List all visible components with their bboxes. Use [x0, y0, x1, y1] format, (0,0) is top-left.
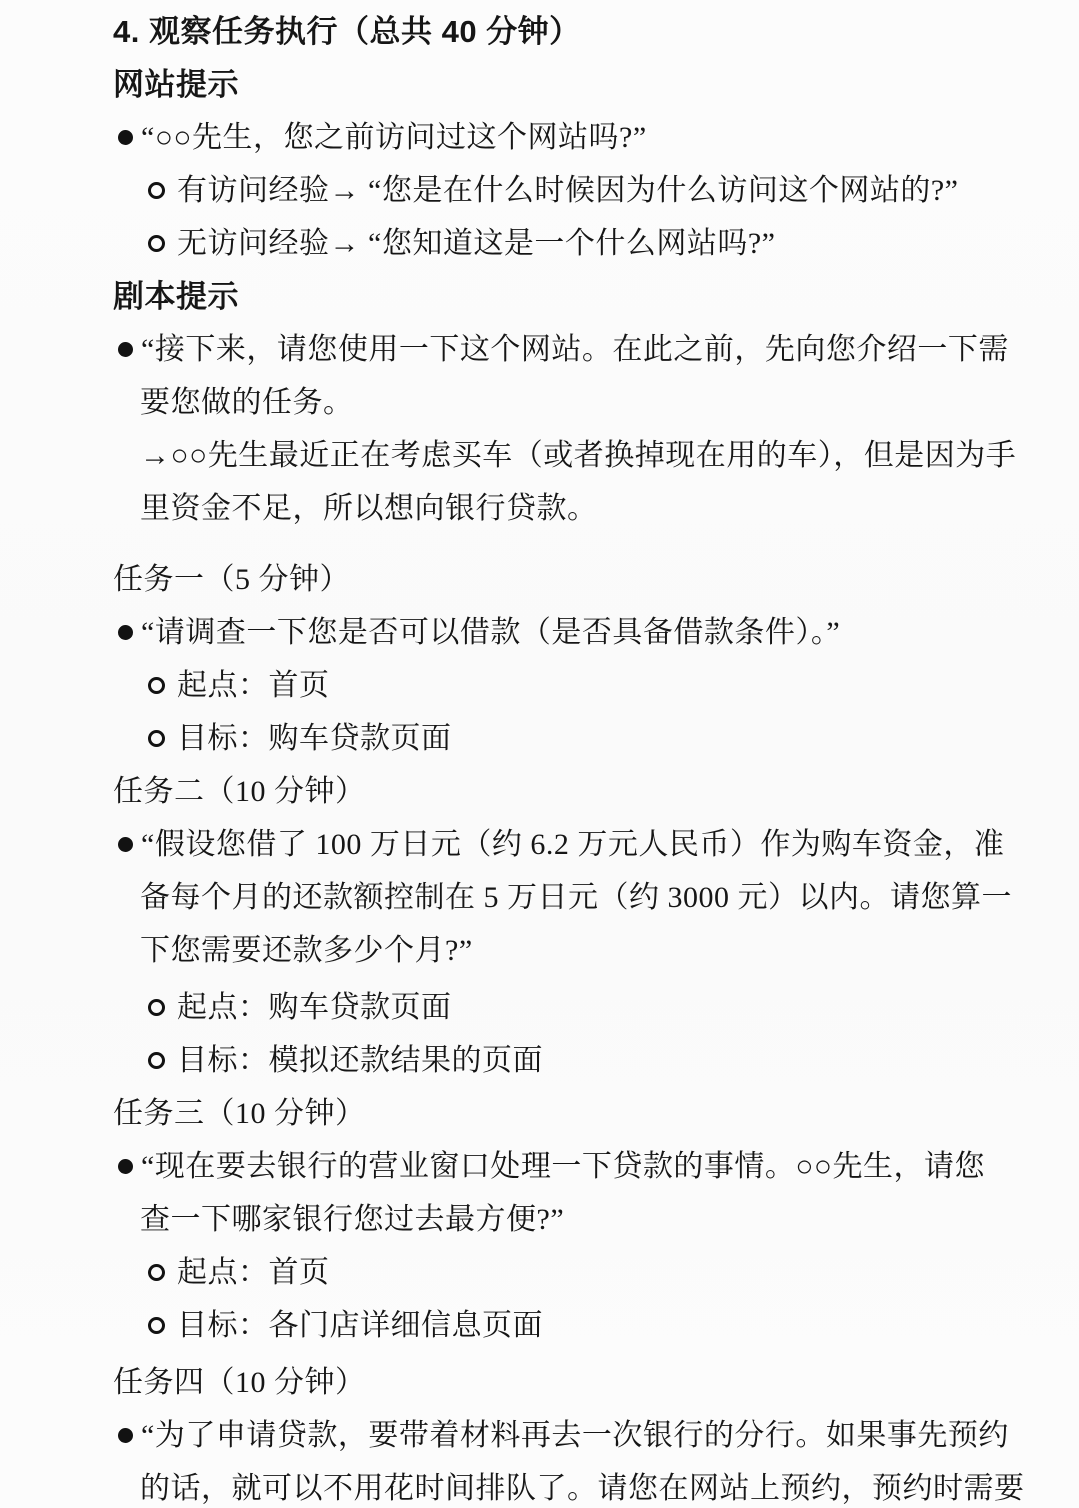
task1-heading: 任务一（5 分钟） [0, 553, 1079, 606]
bullet-icon [118, 130, 133, 145]
bullet-icon [118, 625, 133, 640]
bullet-text: “为了申请贷款，要带着材料再去一次银行的分行。如果事先预约 [141, 1419, 1009, 1452]
sub-bullet-icon [148, 730, 165, 747]
bullet-text: “接下来，请您使用一下这个网站。在此之前，先向您介绍一下需 [141, 333, 1009, 366]
bullet-icon [118, 1428, 133, 1443]
task3-heading: 任务三（10 分钟） [0, 1087, 1079, 1140]
website-prompt-branch-no: 无访问经验→ “您知道这是一个什么网站吗?” [0, 217, 1079, 270]
task2-heading: 任务二（10 分钟） [0, 765, 1079, 818]
website-prompt-branch-yes: 有访问经验→ “您是在什么时候因为什么访问这个网站的?” [0, 164, 1079, 217]
sub-bullet-icon [148, 999, 165, 1016]
bullet-text: “假设您借了 100 万日元（约 6.2 万元人民币）作为购车资金，准 [141, 828, 1004, 861]
task3-instruction-cont: 查一下哪家银行您过去最方便?” [0, 1193, 1079, 1246]
task3-instruction: “现在要去银行的营业窗口处理一下贷款的事情。○○先生，请您 [0, 1140, 1079, 1193]
website-prompt-question: “○○先生，您之前访问过这个网站吗?” [0, 111, 1079, 164]
script-prompt-heading: 剧本提示 [0, 270, 1079, 323]
sub-bullet-text: 起点：首页 [177, 1256, 330, 1289]
sub-bullet-text: 目标：模拟还款结果的页面 [177, 1044, 543, 1077]
script-prompt-scenario: →○○先生最近正在考虑买车（或者换掉现在用的车），但是因为手 [0, 429, 1079, 482]
task4-instruction-cont: 的话，就可以不用花时间排队了。请您在网站上预约，预约时需要 [0, 1462, 1079, 1508]
script-prompt-scenario-cont: 里资金不足，所以想向银行贷款。 [0, 482, 1079, 535]
task1-goal: 目标：购车贷款页面 [0, 712, 1079, 765]
bullet-text: “○○先生，您之前访问过这个网站吗?” [141, 121, 647, 154]
section-title: 4. 观察任务执行（总共 40 分钟） [0, 5, 1079, 58]
bullet-icon [118, 342, 133, 357]
sub-bullet-text: 起点：购车贷款页面 [177, 991, 452, 1024]
task2-instruction-cont2: 下您需要还款多少个月?” [0, 924, 1079, 977]
sub-bullet-icon [148, 677, 165, 694]
task3-goal: 目标：各门店详细信息页面 [0, 1299, 1079, 1352]
task4-instruction: “为了申请贷款，要带着材料再去一次银行的分行。如果事先预约 [0, 1409, 1079, 1462]
bullet-icon [118, 837, 133, 852]
bullet-icon [118, 1159, 133, 1174]
script-prompt-intro: “接下来，请您使用一下这个网站。在此之前，先向您介绍一下需 [0, 323, 1079, 376]
task2-goal: 目标：模拟还款结果的页面 [0, 1034, 1079, 1087]
task2-instruction-cont1: 备每个月的还款额控制在 5 万日元（约 3000 元）以内。请您算一 [0, 871, 1079, 924]
sub-bullet-text: 目标：购车贷款页面 [177, 722, 452, 755]
sub-bullet-text: 起点：首页 [177, 669, 330, 702]
task3-start: 起点：首页 [0, 1246, 1079, 1299]
website-prompt-heading: 网站提示 [0, 58, 1079, 111]
bullet-text: “现在要去银行的营业窗口处理一下贷款的事情。○○先生，请您 [141, 1150, 985, 1183]
sub-bullet-text: 目标：各门店详细信息页面 [177, 1309, 543, 1342]
scanned-document-page: 4. 观察任务执行（总共 40 分钟） 网站提示 “○○先生，您之前访问过这个网… [0, 0, 1079, 1508]
sub-bullet-icon [148, 182, 165, 199]
sub-bullet-text: 有访问经验→ “您是在什么时候因为什么访问这个网站的?” [177, 174, 958, 207]
script-prompt-intro-cont: 要您做的任务。 [0, 376, 1079, 429]
task2-start: 起点：购车贷款页面 [0, 981, 1079, 1034]
task4-heading: 任务四（10 分钟） [0, 1356, 1079, 1409]
sub-bullet-icon [148, 1317, 165, 1334]
task2-instruction: “假设您借了 100 万日元（约 6.2 万元人民币）作为购车资金，准 [0, 818, 1079, 871]
task1-start: 起点：首页 [0, 659, 1079, 712]
bullet-text: “请调查一下您是否可以借款（是否具备借款条件）。” [141, 616, 840, 649]
sub-bullet-icon [148, 235, 165, 252]
sub-bullet-text: 无访问经验→ “您知道这是一个什么网站吗?” [177, 227, 775, 260]
sub-bullet-icon [148, 1264, 165, 1281]
task1-instruction: “请调查一下您是否可以借款（是否具备借款条件）。” [0, 606, 1079, 659]
sub-bullet-icon [148, 1052, 165, 1069]
